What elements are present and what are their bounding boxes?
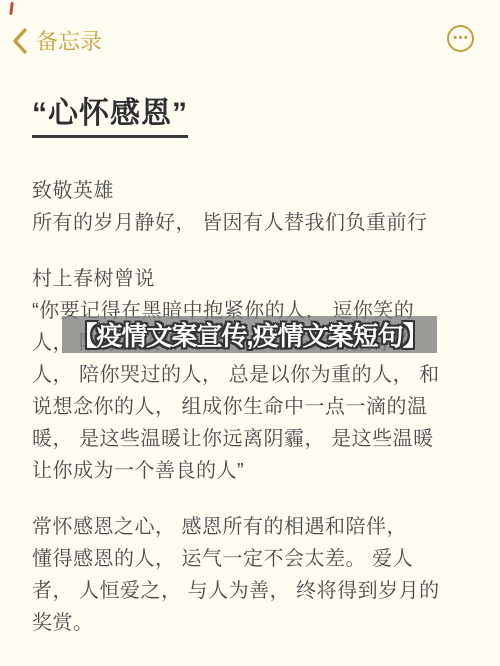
text-line: 人， 陪你彻夜聊天的人， 坐车来看望你的 xyxy=(32,327,470,359)
note-paragraph: 常怀感恩之心， 感恩所有的相遇和陪伴，懂得感恩的人， 运气一定不会太差。 爱人者… xyxy=(32,511,470,639)
back-button-label: 备忘录 xyxy=(36,30,102,53)
text-line: 奖赏。 xyxy=(32,607,470,639)
note-paragraph: 村上春树曾说“你要记得在黑暗中抱紧你的人， 逗你笑的人， 陪你彻夜聊天的人， 坐… xyxy=(32,263,470,487)
note-title: “心怀感恩” xyxy=(32,88,470,138)
text-line: “你要记得在黑暗中抱紧你的人， 逗你笑的 xyxy=(32,295,470,327)
text-line: 村上春树曾说 xyxy=(32,263,470,295)
text-line: 者， 人恒爱之， 与人为善， 终将得到岁月的 xyxy=(32,575,470,607)
more-options-button[interactable]: ••• xyxy=(447,25,474,52)
text-line: 常怀感恩之心， 感恩所有的相遇和陪伴， xyxy=(32,511,470,543)
note-content-area[interactable]: “心怀感恩” 致敬英雄所有的岁月静好， 皆因有人替我们负重前行村上春树曾说“你要… xyxy=(0,88,500,639)
text-line: 人， 陪你哭过的人， 总是以你为重的人， 和 xyxy=(32,359,470,391)
text-line: 暖， 是这些温暖让你远离阴霾， 是这些温暖 xyxy=(32,423,470,455)
text-line: 懂得感恩的人， 运气一定不会太差。 爱人 xyxy=(32,543,470,575)
top-navigation-bar: 备忘录 ••• xyxy=(0,0,500,58)
text-line: 致敬英雄 xyxy=(32,175,470,207)
ellipsis-icon: ••• xyxy=(452,33,470,44)
note-paragraph: 致敬英雄所有的岁月静好， 皆因有人替我们负重前行 xyxy=(32,175,470,239)
text-line: 所有的岁月静好， 皆因有人替我们负重前行 xyxy=(32,207,470,239)
text-line: 让你成为一个善良的人” xyxy=(32,455,470,487)
text-line: 说想念你的人， 组成你生命中一点一滴的温 xyxy=(32,391,470,423)
note-body-text[interactable]: 致敬英雄所有的岁月静好， 皆因有人替我们负重前行村上春树曾说“你要记得在黑暗中抱… xyxy=(32,175,470,639)
chevron-left-icon xyxy=(12,28,27,54)
back-button[interactable]: 备忘录 xyxy=(12,28,102,54)
